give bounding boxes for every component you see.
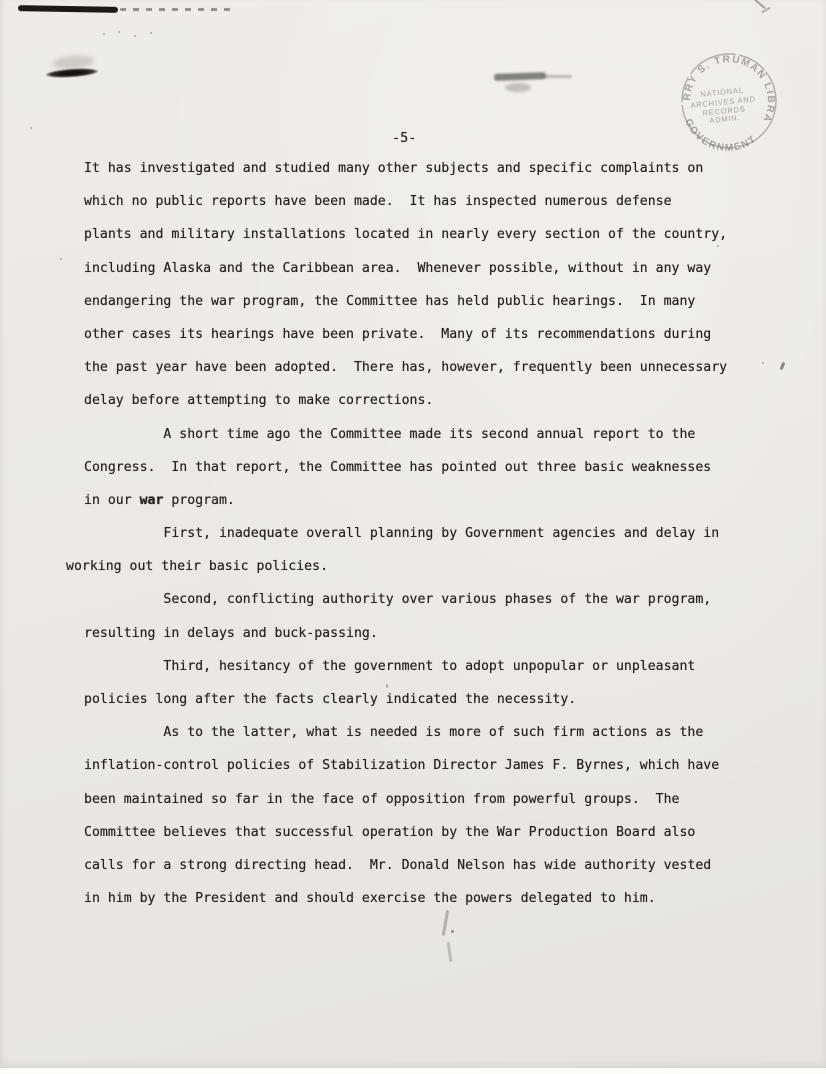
faded-smudge-tail	[544, 75, 572, 78]
text-line: in our war program.	[84, 484, 804, 517]
text-line: calls for a strong directing head. Mr. D…	[84, 849, 804, 882]
paper-speck	[30, 127, 32, 129]
text-line: Second, conflicting authority over vario…	[84, 583, 804, 616]
paper-speck	[60, 258, 62, 260]
text-line: the past year have been adopted. There h…	[84, 351, 804, 384]
text-line: delay before attempting to make correcti…	[84, 384, 804, 417]
text-line: other cases its hearings have been priva…	[84, 318, 804, 351]
text-line: Committee believes that successful opera…	[84, 816, 804, 849]
stamp-center-line: ADMIN.	[709, 113, 741, 125]
paper-speck	[118, 31, 120, 33]
text-line: Third, hesitancy of the government to ad…	[84, 650, 804, 683]
paper-speck	[150, 32, 152, 34]
stamp-center-text: NATIONAL ARCHIVES AND RECORDS ADMIN.	[689, 84, 758, 127]
paper-speck	[103, 33, 105, 35]
text-line: been maintained so far in the face of op…	[84, 783, 804, 816]
text-line: in him by the President and should exerc…	[84, 882, 804, 915]
text-line: working out their basic policies.	[66, 550, 804, 583]
text-line: endangering the war program, the Committ…	[84, 285, 804, 318]
pencil-dot-bottom	[451, 930, 454, 933]
text-line: inflation-control policies of Stabilizat…	[84, 749, 804, 782]
faded-smudge-below	[505, 83, 531, 92]
ink-streak-top-tail	[120, 8, 232, 11]
text-line: As to the latter, what is needed is more…	[84, 716, 804, 749]
scanned-document-page: HARRY S. TRUMAN LIBRARY GOVERNMENT NATIO…	[0, 0, 826, 1074]
paper-speck	[134, 35, 136, 37]
text-line: Congress. In that report, the Committee …	[84, 451, 804, 484]
document-body: It has investigated and studied many oth…	[84, 152, 804, 915]
text-line: resulting in delays and buck-passing.	[84, 617, 804, 650]
text-line: including Alaska and the Caribbean area.…	[84, 252, 804, 285]
text-line: It has investigated and studied many oth…	[84, 152, 804, 185]
text-line: which no public reports have been made. …	[84, 185, 804, 218]
text-line: plants and military installations locate…	[84, 218, 804, 251]
page-number: -5-	[392, 130, 416, 146]
text-line: First, inadequate overall planning by Go…	[84, 517, 804, 550]
text-line: policies long after the facts clearly in…	[84, 683, 804, 716]
text-line: A short time ago the Committee made its …	[84, 418, 804, 451]
